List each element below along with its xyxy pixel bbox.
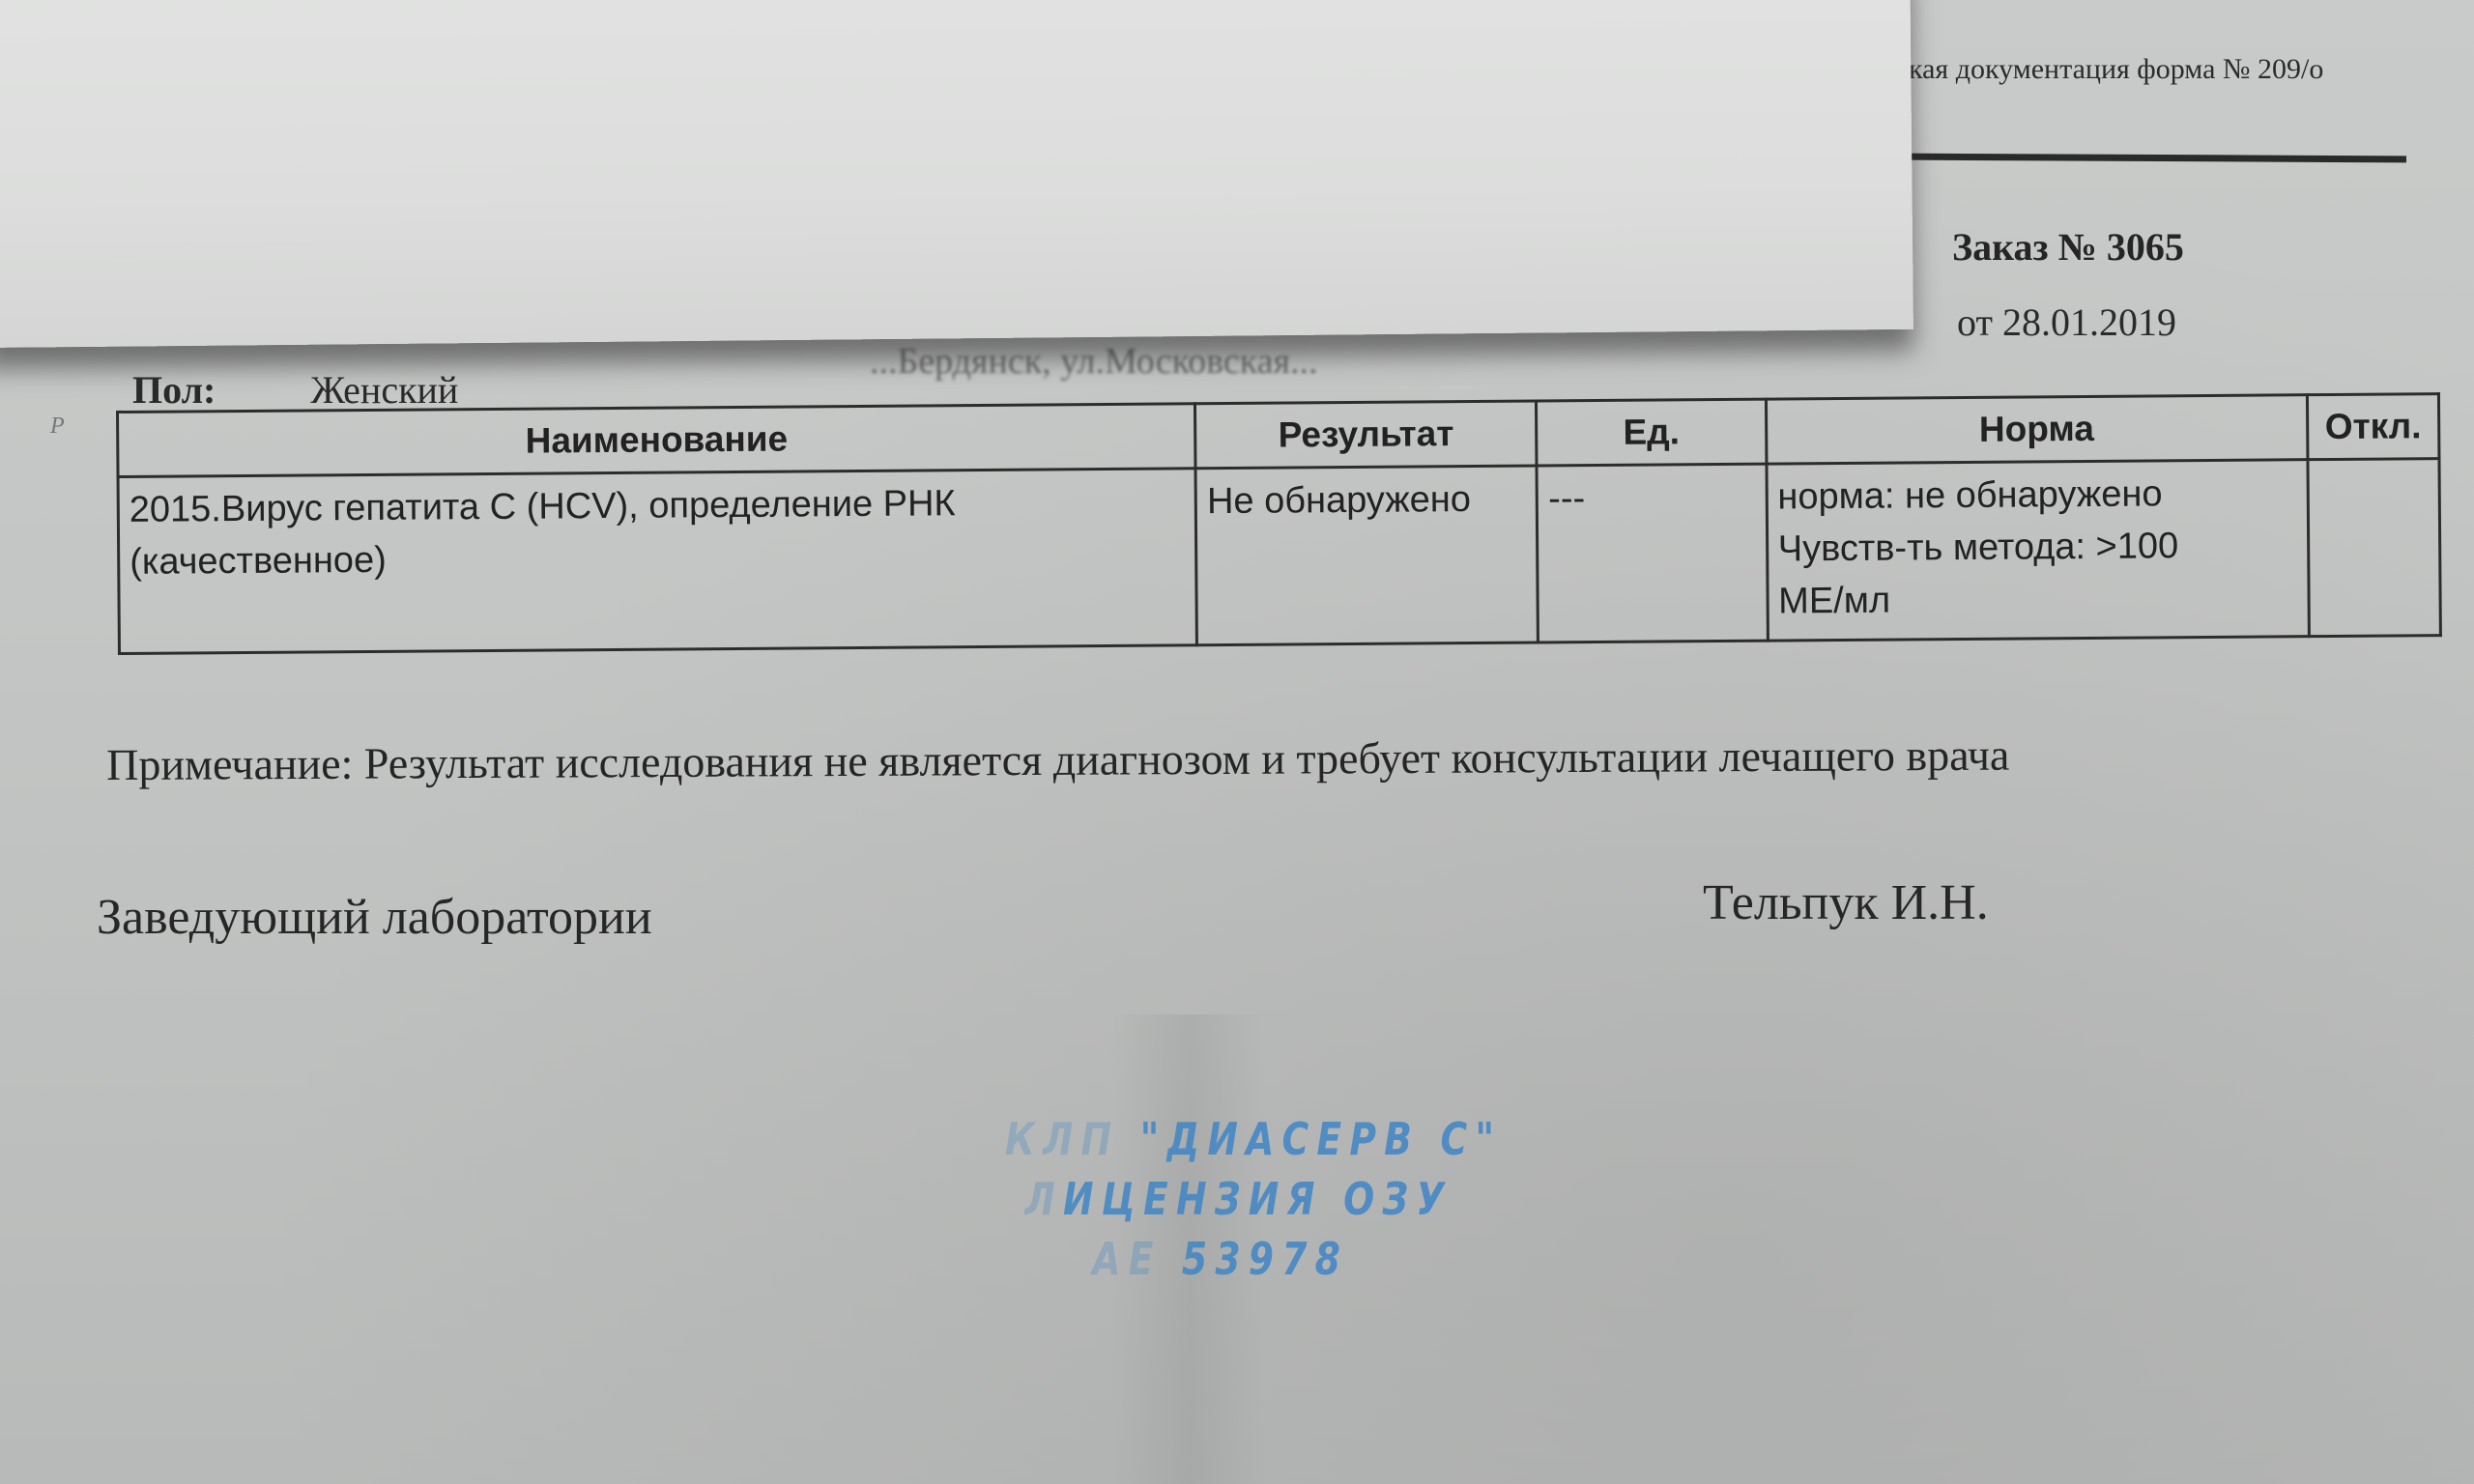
margin-pencil-mark: P xyxy=(50,414,65,440)
norm-line: норма: не обнаружено xyxy=(1777,467,2297,523)
form-reference: кая документация форма № 209/о xyxy=(1909,53,2323,86)
sex-label: Пол: xyxy=(132,368,216,412)
column-header-norm: Норма xyxy=(1766,395,2308,464)
table-row: 2015.Вирус гепатита С (HCV), определение… xyxy=(118,459,2440,654)
column-header-name: Наименование xyxy=(118,404,1196,477)
order-number: Заказ № 3065 xyxy=(1952,224,2184,270)
column-header-deviation: Откл. xyxy=(2307,394,2439,460)
stamp-line-1: КЛП "ДИАСЕРВ С" xyxy=(1005,1109,1502,1169)
cell-test-name: 2015.Вирус гепатита С (HCV), определение… xyxy=(118,469,1197,654)
stamp-line-3: АЕ 53978 xyxy=(1092,1229,1502,1289)
cell-unit: --- xyxy=(1537,464,1768,642)
overlapping-paper-sheet xyxy=(0,0,1913,348)
lab-stamp: КЛП "ДИАСЕРВ С" ЛИЦЕНЗИЯ ОЗУ АЕ 53978 xyxy=(1005,1109,1502,1289)
cell-norm: норма: не обнаружено Чувств-ть метода: >… xyxy=(1767,460,2310,641)
norm-line: Чувств-ть метода: >100 xyxy=(1778,519,2298,575)
obscured-address-line: ...Бердянск, ул.Московская... xyxy=(870,340,1317,383)
results-table: Наименование Результат Ед. Норма Откл. 2… xyxy=(116,392,2442,655)
cell-deviation xyxy=(2308,459,2441,637)
stamp-line-2: ЛИЦЕНЗИЯ ОЗУ xyxy=(1025,1169,1503,1229)
cell-result: Не обнаружено xyxy=(1195,466,1539,645)
order-date: от 28.01.2019 xyxy=(1957,300,2176,345)
sex-value: Женский xyxy=(310,368,458,412)
signatory-role: Заведующий лаборатории xyxy=(97,889,652,946)
disclaimer-note: Примечание: Результат исследования не яв… xyxy=(106,729,2009,790)
norm-line: МЕ/мл xyxy=(1778,571,2298,627)
column-header-result: Результат xyxy=(1195,401,1538,469)
column-header-unit: Ед. xyxy=(1537,399,1767,466)
signatory-name: Тельпук И.Н. xyxy=(1703,874,1989,931)
patient-sex: Пол: Женский xyxy=(132,367,458,413)
